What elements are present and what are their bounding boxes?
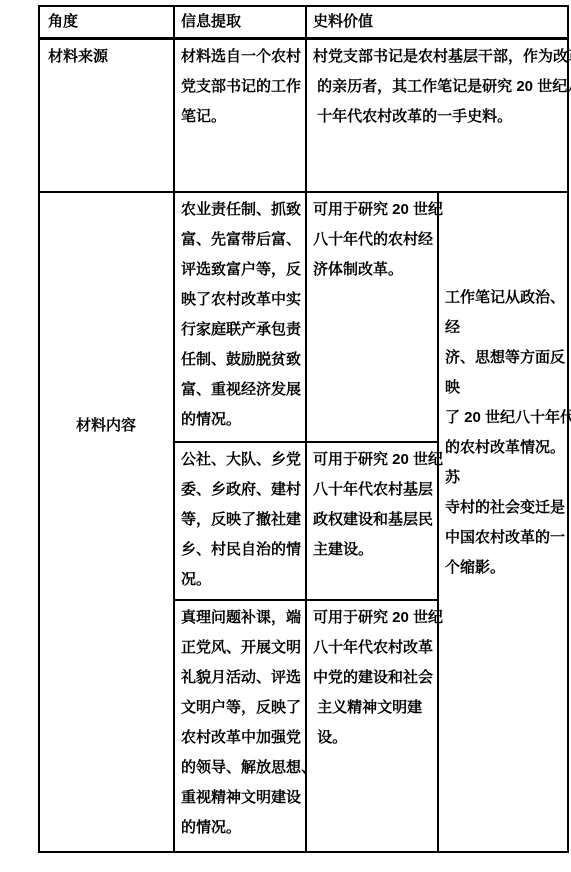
table-header-row: 角度 信息提取 史料价值	[39, 6, 568, 39]
cell-source-value: 村党支部书记是农村基层干部，作为改革 的亲历者，其工作笔记是研究 20 世纪八 …	[306, 39, 568, 192]
cell-source-info: 材料选自一个农村 党支部书记的工作 笔记。	[174, 39, 306, 192]
cell-content-info-3: 真理问题补课，端 正党风、开展文明 礼貌月活动、评选 文明户等，反映了 农村改革…	[174, 600, 306, 852]
header-angle: 角度	[39, 6, 174, 39]
header-historical-value: 史料价值	[306, 6, 568, 39]
cell-content-value-2: 可用于研究 20 世纪 八十年代农村基层 政权建设和基层民 主建设。	[306, 442, 438, 600]
row-material-content-1: 材料内容 农业责任制、抓致 富、先富带后富、 评选致富户等，反 映了农村改革中实…	[39, 192, 568, 442]
cell-content-value-3: 可用于研究 20 世纪 八十年代农村改革 中党的建设和社会 主义精神文明建 设。	[306, 600, 438, 852]
cell-content-value-1: 可用于研究 20 世纪 八十年代的农村经 济体制改革。	[306, 192, 438, 442]
header-info-extraction: 信息提取	[174, 6, 306, 39]
cell-content-summary: 工作笔记从政治、 经 济、思想等方面反 映 了 20 世纪八十年代 的农村改革情…	[438, 192, 568, 852]
cell-content-info-2: 公社、大队、乡党 委、乡政府、建村 等，反映了撤社建 乡、村民自治的情 况。	[174, 442, 306, 600]
row-material-source: 材料来源 材料选自一个农村 党支部书记的工作 笔记。 村党支部书记是农村基层干部…	[39, 39, 568, 192]
source-analysis-table: 角度 信息提取 史料价值 材料来源 材料选自一个农村 党支部书记的工作 笔记。 …	[38, 5, 569, 853]
cell-content-info-1: 农业责任制、抓致 富、先富带后富、 评选致富户等，反 映了农村改革中实 行家庭联…	[174, 192, 306, 442]
cell-content-label: 材料内容	[39, 192, 174, 852]
cell-source-label: 材料来源	[39, 39, 174, 192]
